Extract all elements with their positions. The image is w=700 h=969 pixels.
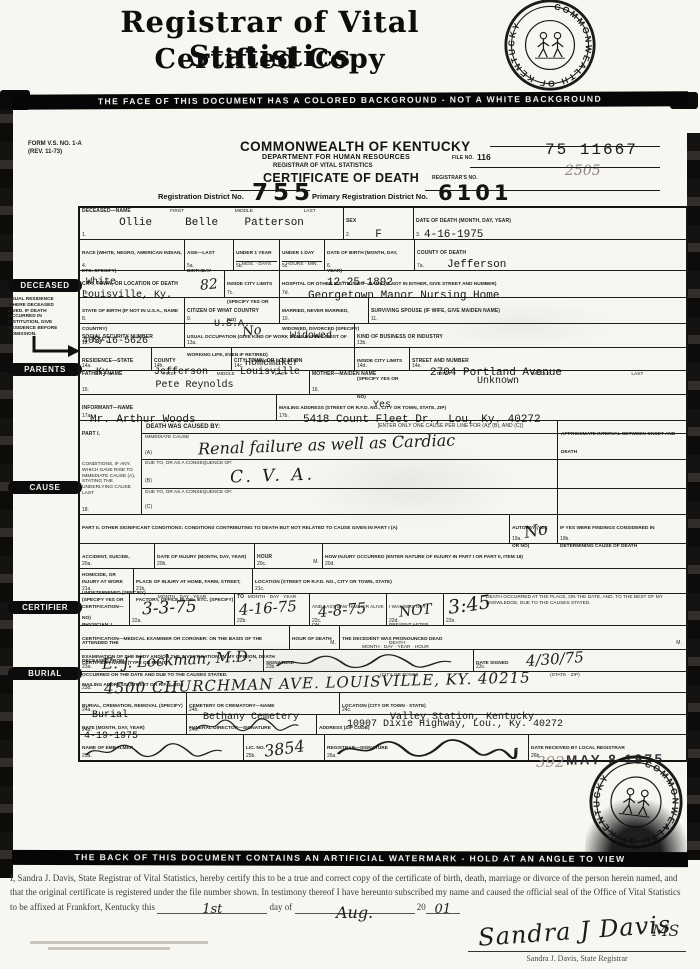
year-prefix: 20 [417,902,426,912]
physician-certification-label: CERTIFICATION—PHYSICIAN: I ATTENDED THE … [80,594,130,625]
field-date-of-birth: DATE OF BIRTH (MONTH, DAY, YEAR) 12-25-1… [325,240,415,270]
field-registrar-signature: REGISTRAR—SIGNATURE 26a. [325,735,529,760]
form-revision: (REV. 11-73) [28,149,62,156]
field-race: RACE (WHITE, NEGRO, AMERICAN INDIAN, ETC… [80,240,185,270]
field-last-seen-alive: AND LAST SAW HIM/HER ALIVE ON 4-8-75 22c… [310,594,387,625]
scan-edge-right [687,133,700,860]
scan-smudge [420,300,620,350]
field-marital-status: MARRIED, NEVER MARRIED, WIDOWED, DIVORCE… [280,298,369,323]
kentucky-seal-icon: COMMONWEALTH OF KENTUCKY [502,0,598,92]
year-blank: 01 [426,900,460,914]
field-informant-address: MAILING ADDRESS (STREET OR R.F.D. NO., C… [277,395,686,420]
tab-deceased: DECEASED [8,279,82,292]
row-informant: INFORMANT—NAME Mr. Arthur Woods 17a. MAI… [80,394,686,420]
field-license-number: LIC. NO. 3854 25b. [244,735,325,760]
registrars-no: 2505 [565,163,601,179]
face-banner: THE FACE OF THIS DOCUMENT HAS A COLORED … [12,91,688,110]
field-father-name: FATHER—NAME FIRST MIDDLE LAST Pete Reyno… [80,371,310,394]
registrar-line: REGISTRAR OF VITAL STATISTICS [273,163,373,170]
field-city-of-death: CITY, TOWN, OR LOCATION OF DEATH Louisvi… [80,271,225,297]
col-head: FIRST [170,209,184,215]
tab-cause: CAUSE [8,481,82,494]
field-burial-type: BURIAL, CREMATION, REMOVAL (SPECIFY) Bur… [80,693,187,714]
commonwealth-title: COMMONWEALTH OF KENTUCKY [240,139,471,154]
field-injury-location: LOCATION (STREET OR R.F.D. NO., CITY OR … [253,569,686,593]
field-death-occurred: DEATH OCCURRED AT THE PLACE, ON THE DATE… [444,594,686,625]
day-blank: 1st [157,900,267,914]
reg-district-no: 755 [252,180,315,206]
field-under-1-year: UNDER 1 YEAR MOS. · DAYS 5b. [234,240,280,270]
row-place-of-death: CITY, TOWN, OR LOCATION OF DEATH Louisvi… [80,270,686,297]
fine-print-line [30,941,208,944]
col-head: MIDDLE [235,209,253,215]
field-residence-street: STREET AND NUMBER 2704 Portland Avenue 1… [410,348,686,370]
field-informant-name: INFORMANT—NAME Mr. Arthur Woods 17a. [80,395,277,420]
form-number: FORM V.S. NO. 1-A [28,141,82,148]
field-deceased-name: DECEASED—NAME FIRST MIDDLE LAST Ollie Be… [80,208,344,239]
field-residence-county: COUNTY Jefferson 14b. [152,348,232,370]
field-injury-hour: HOUR M. 20c. [255,544,323,568]
field-hospital: HOSPITAL OR OTHER INSTITUTION—NAME (IF N… [280,271,686,297]
field-place-of-injury: PLACE OF INJURY AT HOME, FARM, STREET, F… [134,569,253,593]
embalmer-signature-icon [84,743,224,759]
field-how-injury-occurred: HOW INJURY OCCURRED (ENTER NATURE OF INJ… [323,544,686,568]
funeral-director-signature-icon [195,718,300,733]
field-occupation: USUAL OCCUPATION (GIVE KIND OF WORK DONE… [185,324,355,347]
field-ssn: SOCIAL SECURITY NUMBER 403-16-5626 12. [80,324,185,347]
field-attended-from: MONTH · DAY · YEAR 3-3-75 22a. [130,594,235,625]
field-pronounced-dead: THE DECEDENT WAS PRONOUNCED DEAD MONTH ·… [340,626,686,649]
row-name: DECEASED—NAME FIRST MIDDLE LAST Ollie Be… [80,208,686,239]
field-autopsy: AUTOPSY (YES OR NO) No 19a. [510,515,558,543]
file-number: 75 11667 [545,141,638,159]
signer-caption: Sandra J. Davis, State Registrar [468,954,686,963]
field-present-at-death: I WAS/WAS NOT PRESENT AFTER DEATH NOT 22… [387,594,444,625]
month-value: Aug. [336,903,373,922]
row-medical-examiner: CERTIFICATION—MEDICAL EXAMINER OR CORONE… [80,625,686,649]
field-date-signed: DATE SIGNED 4/30/75 23c. [474,650,686,671]
back-banner: THE BACK OF THIS DOCUMENT CONTAINS AN AR… [12,850,688,867]
row-residence: RESIDENCE—STATE Ky. 14a. COUNTY Jefferso… [80,347,686,370]
registrar-certification-text: I, Sandra J. Davis, State Registrar of V… [10,871,688,914]
field-citizen: CITIZEN OF WHAT COUNTRY U.S.A. 9. [185,298,280,323]
scan-smudge [140,640,440,700]
field-injury-date: DATE OF INJURY (MONTH, DAY, YEAR) 20b. [155,544,255,568]
row-parents: FATHER—NAME FIRST MIDDLE LAST Pete Reyno… [80,370,686,394]
col-head: LAST [304,209,316,215]
page-subtitle: Certified Copy [85,44,455,75]
day-of-label: day of [270,902,293,912]
field-mother-name: MOTHER—MAIDEN NAME FIRST MIDDLE LAST Unk… [310,371,686,394]
primary-district-no: 6101 [438,181,512,205]
field-residence-city: CITY, TOWN, OR LOCATION Louisville 14c. [232,348,355,370]
field-attended-to: MONTH · DAY · YEAR TO 4-16-75 22b. [235,594,310,625]
day-value: 1st [202,902,222,917]
department-line: DEPARTMENT FOR HUMAN RESOURCES [262,154,410,161]
row-burial: BURIAL, CREMATION, REMOVAL (SPECIFY) Bur… [80,692,686,714]
residence-note-arrow-icon [28,336,80,360]
field-embalmer-name: NAME OF EMBALMER 25a. [80,735,244,760]
field-funeral-home-address: ADDRESS (ZIP CODE) 10907 Dixie Highway, … [317,715,686,734]
fine-print-line [48,947,170,950]
field-state-of-birth: STATE OF BIRTH (IF NOT IN U.S.A., NAME C… [80,298,185,323]
row-race-age: RACE (WHITE, NEGRO, AMERICAN INDIAN, ETC… [80,239,686,270]
scan-smudge [300,440,520,530]
primary-district-label: Primary Registration District No. [312,192,428,201]
field-burial-date: DATE (MONTH, DAY, YEAR) 4-19-1975 24d. [80,715,187,734]
tab-burial: BURIAL [8,667,82,680]
residence-note: USUAL RESIDENCE WHERE DECEASED LIVED. IF… [8,297,70,337]
signature-line [468,951,686,952]
received-handwritten-note: 392 [536,753,565,771]
tab-parents: PARENTS [8,363,82,376]
field-autopsy-findings: IF YES WERE FINDINGS CONSIDERED IN DETER… [558,515,686,543]
row-physician-certification: CERTIFICATION—PHYSICIAN: I ATTENDED THE … [80,593,686,625]
field-sex: SEX F 2. [344,208,414,239]
field-value: Ollie Belle Patterson [82,217,341,229]
cause-conditions-note: PART I. CONDITIONS, IF ANY, WHICH GAVE R… [80,421,142,514]
certified-copy-document: Registrar of Vital Statistics Certified … [0,0,700,969]
month-blank: Aug. [295,900,415,914]
field-inside-city-limits-death: INSIDE CITY LIMITS (SPECIFY YES OR NO) N… [225,271,280,297]
field-accident-type: ACCIDENT, SUICIDE, HOMICIDE, OR UNDETERM… [80,544,155,568]
field-age: AGE—LAST BIRTHDAY 82 5a. [185,240,234,270]
field-funeral-director-signature: FUNERAL DIRECTOR—SIGNATURE 24e. [187,715,317,734]
field-residence-state: RESIDENCE—STATE Ky. 14a. [80,348,152,370]
row-injury-at-work: INJURY AT WORK (SPECIFY YES OR NO) 21a. … [80,568,686,593]
file-no-label: FILE NO. [452,156,474,162]
seal-scan-shadow [585,800,687,855]
registrar-signature-icon [335,739,520,759]
row-funeral: DATE (MONTH, DAY, YEAR) 4-19-1975 24d. F… [80,714,686,734]
field-cemetery-location: LOCATION (CITY OR TOWN · STATE) Valley S… [340,693,686,714]
field-injury-at-work: INJURY AT WORK (SPECIFY YES OR NO) 21a. [80,569,134,593]
field-county-of-death: COUNTY OF DEATH Jefferson 7a. [415,240,686,270]
file-no-prefix: 116 [477,152,491,162]
row-accident: ACCIDENT, SUICIDE, HOMICIDE, OR UNDETERM… [80,543,686,568]
field-under-1-day: UNDER 1 DAY HOURS · MIN. 5c. [280,240,325,270]
field-label: DECEASED—NAME [82,209,131,215]
field-date-of-death: DATE OF DEATH (MONTH, DAY, YEAR) 4-16-19… [414,208,686,239]
tab-certifier: CERTIFIER [8,601,82,614]
reg-district-label: Registration District No. [158,192,244,201]
field-residence-inside-limits: INSIDE CITY LIMITS (SPECIFY YES OR NO) Y… [355,348,410,370]
state-registrar-signature: Sandra J Davis [477,910,672,951]
year-value: 01 [435,902,452,917]
cause-interval-column: APPROXIMATE INTERVAL BETWEEN ONSET AND D… [558,421,686,514]
